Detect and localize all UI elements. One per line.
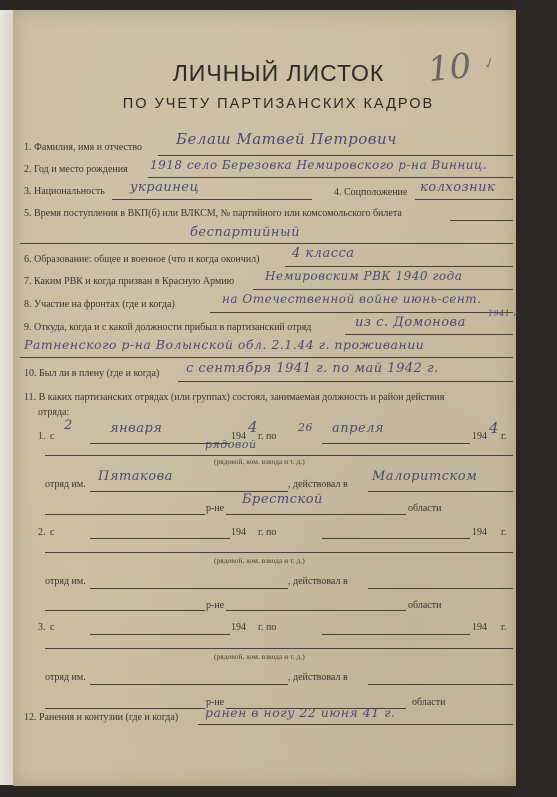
entry-3-position-hint: (рядовой, ком. взвода и т. д.) xyxy=(214,652,305,661)
field-9-value: из с. Домонова xyxy=(355,315,466,330)
field-1-line[interactable] xyxy=(158,155,513,156)
entry-3-from-word: с xyxy=(50,622,54,633)
scan-right-edge xyxy=(516,0,557,797)
entry-2-acted-line[interactable] xyxy=(368,588,513,589)
field-8-label: 8. Участие на фронтах (где и когда) xyxy=(24,299,175,310)
entry-2-to-word: г. по xyxy=(258,527,276,538)
entry-2-to-year: 194 xyxy=(472,527,487,538)
entry-1-rayon-line-b[interactable] xyxy=(226,514,406,515)
field-7-label: 7. Каким РВК и когда призван в Красную А… xyxy=(24,276,234,287)
entry-1-position: рядовой xyxy=(205,438,257,451)
entry-3-otryad-word: отряд им. xyxy=(45,672,86,683)
entry-1-from-month: января xyxy=(110,421,162,436)
field-10-line[interactable] xyxy=(178,381,513,382)
entry-1-num: 1. xyxy=(38,431,46,442)
entry-1-to-day: 26 xyxy=(298,421,313,434)
field-6-label: 6. Образование: общее и военное (что и к… xyxy=(24,254,259,265)
entry-1-g: г. xyxy=(501,431,506,442)
field-6-line[interactable] xyxy=(285,266,513,267)
field-4-line[interactable] xyxy=(415,199,513,200)
entry-2-g: г. xyxy=(501,527,506,538)
field-8-value: на Отечественной войне июнь-сент. xyxy=(222,292,481,306)
field-8-line[interactable] xyxy=(210,312,513,313)
entry-1-to-year-digit: 4 xyxy=(489,419,499,437)
entry-3-rayon-line-a[interactable] xyxy=(45,708,205,709)
entry-3-from-line[interactable] xyxy=(90,634,230,635)
field-4-value: колхозник xyxy=(420,180,495,195)
entry-3-to-year: 194 xyxy=(472,622,487,633)
entry-2-rayon-line-b[interactable] xyxy=(226,610,406,611)
field-9-value-cont: Ратненского р-на Волынской обл. 2.1.44 г… xyxy=(24,337,424,352)
field-5-label: 5. Время поступления в ВКП(б) или ВЛКСМ,… xyxy=(24,208,402,219)
field-9-line-a[interactable] xyxy=(345,334,513,335)
entry-3-acted-word: , действовал в xyxy=(288,672,348,683)
entry-1-to-line[interactable] xyxy=(322,443,470,444)
entry-3-otryad-line[interactable] xyxy=(90,684,288,685)
entry-1-rayon: Брестской xyxy=(242,492,323,507)
entry-1-otryad-word: отряд им. xyxy=(45,479,86,490)
entry-1-acted-word: , действовал в xyxy=(288,479,348,490)
field-5-line-b[interactable] xyxy=(20,243,513,244)
entry-1-rayon-line-a[interactable] xyxy=(45,514,205,515)
field-12-line[interactable] xyxy=(198,724,513,725)
entry-2-to-line[interactable] xyxy=(322,538,470,539)
field-8-value-cont: 1941 г. xyxy=(488,309,521,318)
field-2-label: 2. Год и место рождения xyxy=(24,164,128,175)
entry-2-oblast: области xyxy=(408,600,441,611)
field-11-label: 11. В каких партизанских отрядах (или гр… xyxy=(24,392,444,403)
field-3-label: 3. Национальность xyxy=(24,186,105,197)
entry-2-position-line[interactable] xyxy=(45,552,513,553)
entry-3-oblast: области xyxy=(412,697,445,708)
document-subtitle: ПО УЧЕТУ ПАРТИЗАНСКИХ КАДРОВ xyxy=(0,96,557,112)
entry-2-otryad-line[interactable] xyxy=(90,588,288,589)
field-3-line[interactable] xyxy=(112,199,312,200)
field-4-label: 4. Соцположение xyxy=(334,187,407,198)
field-12-value: ранен в ногу 22 июня 41 г. xyxy=(205,705,395,720)
entry-2-rne: р-не xyxy=(206,600,224,611)
entry-3-to-word: г. по xyxy=(258,622,276,633)
entry-1-to-year: 194 xyxy=(472,431,487,442)
entry-1-from-word: с xyxy=(50,431,54,442)
field-2-line[interactable] xyxy=(148,177,513,178)
entry-1-acted-line[interactable] xyxy=(368,491,513,492)
entry-3-position-line[interactable] xyxy=(45,648,513,649)
field-5-value: беспартийный xyxy=(190,225,300,240)
field-11-label-cont: отряда: xyxy=(38,407,69,418)
entry-3-g: г. xyxy=(501,622,506,633)
field-12-label: 12. Ранения и контузии (где и когда) xyxy=(24,712,178,723)
entry-2-from-line[interactable] xyxy=(90,538,230,539)
entry-3-from-year: 194 xyxy=(231,622,246,633)
field-9-line-b[interactable] xyxy=(20,357,513,358)
entry-1-from-year-digit: 4 xyxy=(248,418,258,436)
entry-2-acted-word: , действовал в xyxy=(288,576,348,587)
entry-1-to-month: апреля xyxy=(332,421,384,436)
entry-1-position-line[interactable] xyxy=(45,455,513,456)
entry-1-from-day: 2 xyxy=(64,418,73,433)
entry-1-rne: р-не xyxy=(206,503,224,514)
entry-2-position-hint: (рядовой, ком. взвода и т. д.) xyxy=(214,556,305,565)
entry-2-rayon-line-a[interactable] xyxy=(45,610,205,611)
entry-1-acted-in: Малоритском xyxy=(372,469,477,484)
scan-left-margin xyxy=(0,10,14,785)
field-3-value: украинец xyxy=(130,180,199,195)
field-1-value: Белаш Матвей Петрович xyxy=(176,130,397,148)
field-10-label: 10. Был ли в плену (где и когда) xyxy=(24,368,159,379)
entry-2-num: 2. xyxy=(38,527,46,538)
entry-3-to-line[interactable] xyxy=(322,634,470,635)
entry-3-num: 3. xyxy=(38,622,46,633)
entry-2-from-word: с xyxy=(50,527,54,538)
entry-3-acted-line[interactable] xyxy=(368,684,513,685)
field-7-value: Немировским РВК 1940 года xyxy=(265,269,462,283)
field-9-label: 9. Откуда, когда и с какой должности при… xyxy=(24,322,311,333)
entry-1-to-word: г. по xyxy=(258,431,276,442)
entry-1-oblast: области xyxy=(408,503,441,514)
entry-2-otryad-word: отряд им. xyxy=(45,576,86,587)
field-5-line-a[interactable] xyxy=(450,220,513,221)
field-10-value: с сентября 1941 г. по май 1942 г. xyxy=(186,361,439,376)
entry-2-from-year: 194 xyxy=(231,527,246,538)
margin-number-mark: 10 xyxy=(426,46,473,90)
field-1-label: 1. Фамилия, имя и отчество xyxy=(24,142,142,153)
entry-1-otryad: Пятакова xyxy=(98,469,173,484)
field-7-line[interactable] xyxy=(253,289,513,290)
field-6-value: 4 класса xyxy=(292,246,355,261)
document-title: ЛИЧНЫЙ ЛИСТОК xyxy=(0,60,557,87)
field-2-value: 1918 село Березовка Немировского р-на Ви… xyxy=(150,158,487,172)
entry-1-position-hint: (рядовой, ком. взвода и т. д.) xyxy=(214,457,305,466)
